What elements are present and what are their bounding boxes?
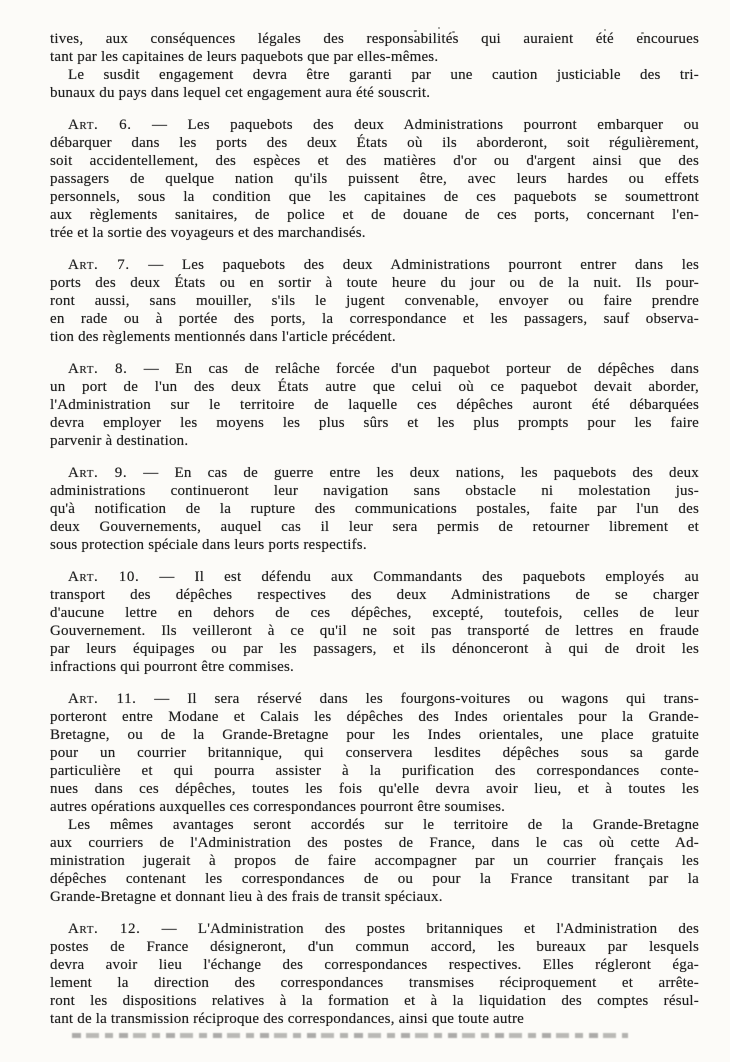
article-paragraph: Art. 10. — Il est défendu aux Commandant… (50, 568, 699, 676)
scan-speck (452, 31, 455, 33)
text-line: soit accidentellement, des espèces et de… (50, 152, 699, 170)
text-line: devra avoir lieu l'échange des correspon… (50, 956, 699, 974)
text-line: nues dans ces dépêches, toutes les fois … (50, 780, 699, 798)
text-line: par leurs équipages ou par les passagers… (50, 640, 699, 658)
text-line: tant par les capitaines de leurs paquebo… (50, 48, 699, 66)
paragraph: Le susdit engagement devra être garanti … (50, 66, 699, 102)
text-line: Art. 11. — Il sera réservé dans les four… (50, 690, 699, 708)
article-label: Art. 6. (68, 117, 132, 133)
text-line: Art. 6. — Les paquebots des deux Adminis… (50, 116, 699, 134)
paragraph: tives, aux conséquences légales des resp… (50, 30, 699, 66)
text-line: Bretagne, ou de la Grande-Bretagne pour … (50, 726, 699, 744)
document-body: tives, aux conséquences légales des resp… (50, 30, 699, 1028)
text-line: bunaux du pays dans lequel cet engagemen… (50, 84, 699, 102)
text-line: passagers de quelque nation qu'ils puiss… (50, 170, 699, 188)
text-line: ront aussi, sans mouiller, s'ils le juge… (50, 292, 699, 310)
scan-speck (438, 27, 440, 29)
article-paragraph: Art. 6. — Les paquebots des deux Adminis… (50, 116, 699, 242)
text-line: Art. 10. — Il est défendu aux Commandant… (50, 568, 699, 586)
text-line: tant de la transmission réciproque des c… (50, 1010, 699, 1028)
text-line: Art. 12. — L'Administration des postes b… (50, 920, 699, 938)
article-label: Art. 7. (68, 257, 130, 273)
text-line: tion des règlements mentionnés dans l'ar… (50, 328, 699, 346)
text-line: aux courriers de l'Administration des po… (50, 834, 699, 852)
text-line: pour un courrier britannique, qui conser… (50, 744, 699, 762)
paragraph: Les mêmes avantages seront accordés sur … (50, 816, 699, 906)
text-line: Grande-Bretagne et donnant lieu à des fr… (50, 888, 699, 906)
article-label: Art. 11. (68, 691, 137, 707)
text-line: dépêches contenant les correspondances d… (50, 870, 699, 888)
text-line: débarquer dans les ports des deux États … (50, 134, 699, 152)
article-paragraph: Art. 7. — Les paquebots des deux Adminis… (50, 256, 699, 346)
article-label: Art. 10. (68, 569, 139, 585)
scan-speck (414, 30, 417, 32)
article-paragraph: Art. 12. — L'Administration des postes b… (50, 920, 699, 1028)
scan-speck (604, 29, 606, 31)
text-line: tives, aux conséquences légales des resp… (50, 30, 699, 48)
text-line: d'aucune lettre en dehors de ces dépêche… (50, 604, 699, 622)
scan-speck (641, 32, 644, 34)
text-line: qu'à notification de la rupture des comm… (50, 500, 699, 518)
text-line: Le susdit engagement devra être garanti … (50, 66, 699, 84)
article-label: Art. 9. (68, 465, 127, 481)
text-line: deux Gouvernements, auquel cas il leur s… (50, 518, 699, 536)
text-line: aux règlements sanitaires, de police et … (50, 206, 699, 224)
text-line: infractions qui pourront être commises. (50, 658, 699, 676)
text-line: porteront entre Modane et Calais les dép… (50, 708, 699, 726)
article-paragraph: Art. 9. — En cas de guerre entre les deu… (50, 464, 699, 554)
text-line: trée et la sortie des voyageurs et des m… (50, 224, 699, 242)
text-line: administrations continueront leur naviga… (50, 482, 699, 500)
scanned-document-page: tives, aux conséquences légales des resp… (0, 0, 730, 1062)
text-line: transport des dépêches respectives des d… (50, 586, 699, 604)
text-line: ports des deux États ou en sortir à tout… (50, 274, 699, 292)
text-line: ministration jugerait à propos de faire … (50, 852, 699, 870)
article-paragraph: Art. 11. — Il sera réservé dans les four… (50, 690, 699, 816)
text-line: Les mêmes avantages seront accordés sur … (50, 816, 699, 834)
text-line: parvenir à destination. (50, 432, 699, 450)
text-line: l'Administration sur le territoire de la… (50, 396, 699, 414)
text-line: Gouvernement. Ils veilleront à ce qu'il … (50, 622, 699, 640)
text-line: ront les dispositions relatives à la for… (50, 992, 699, 1010)
text-line: Art. 7. — Les paquebots des deux Adminis… (50, 256, 699, 274)
text-line: personnels, sous la condition que les ca… (50, 188, 699, 206)
text-line: Art. 9. — En cas de guerre entre les deu… (50, 464, 699, 482)
text-line: sous protection spéciale dans leurs port… (50, 536, 699, 554)
article-label: Art. 8. (68, 361, 127, 377)
text-line: autres opérations auxquelles ces corresp… (50, 798, 699, 816)
text-line: particulière et qui pourra assister à la… (50, 762, 699, 780)
article-paragraph: Art. 8. — En cas de relâche forcée d'un … (50, 360, 699, 450)
text-line: un port de l'un des deux États autre que… (50, 378, 699, 396)
cutoff-text-line (72, 1033, 628, 1038)
text-line: Art. 8. — En cas de relâche forcée d'un … (50, 360, 699, 378)
text-line: devra employer les moyens les plus sûrs … (50, 414, 699, 432)
text-line: postes de France désigneront, d'un commu… (50, 938, 699, 956)
text-line: en rade ou à portée des ports, la corres… (50, 310, 699, 328)
text-line: lement la direction des correspondances … (50, 974, 699, 992)
article-label: Art. 12. (68, 921, 140, 937)
